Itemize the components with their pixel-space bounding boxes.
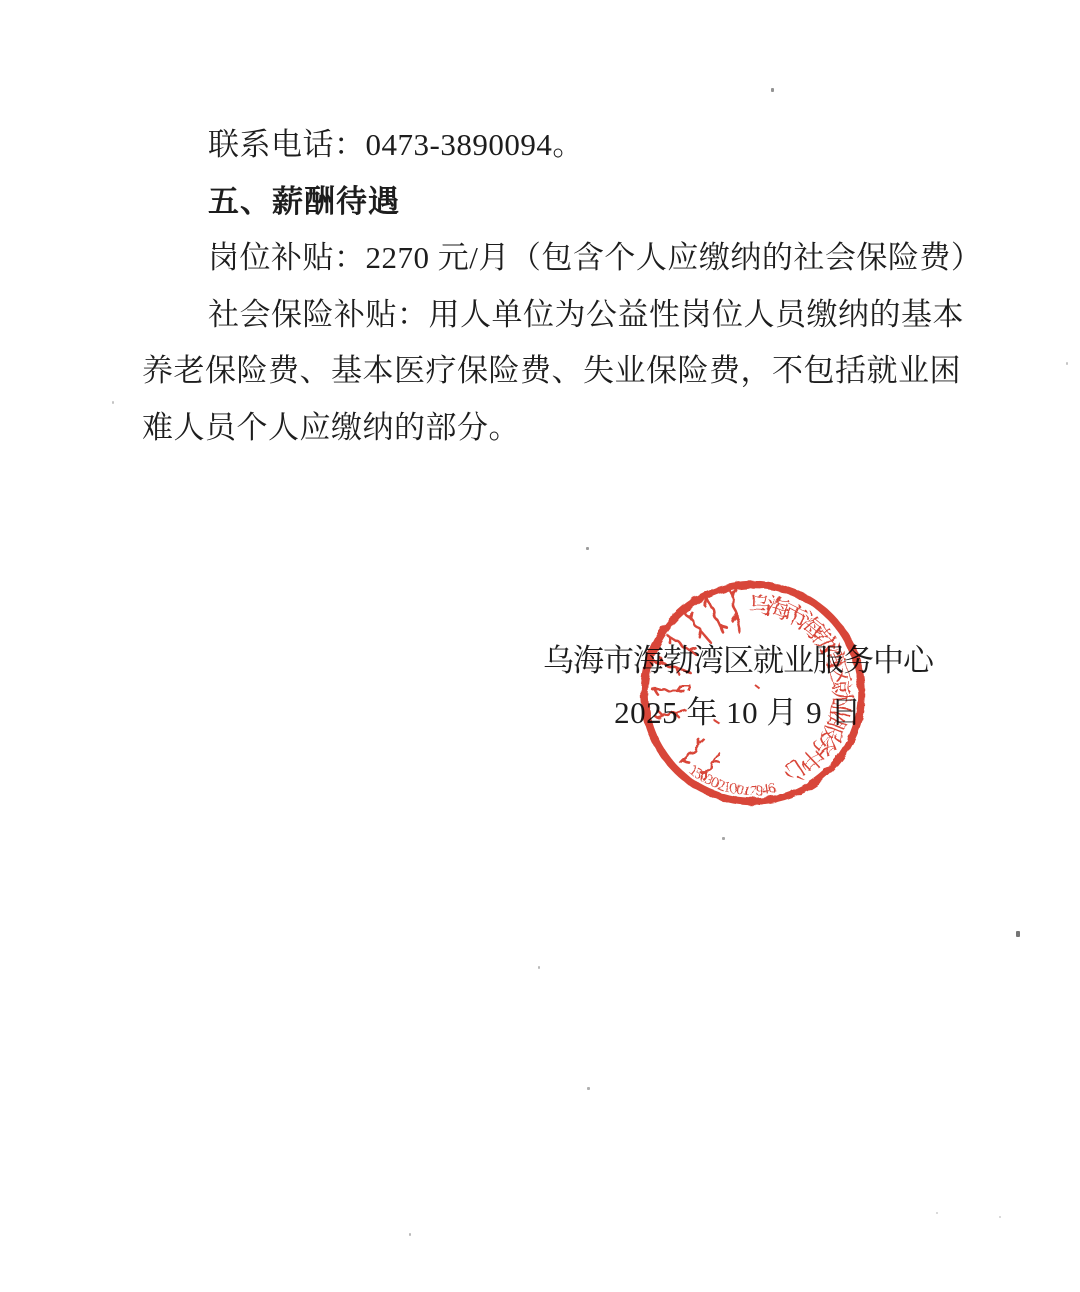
scan-speck [112,401,114,404]
scan-speck [538,966,540,969]
social-insurance-line-3: 难人员个人应缴纳的部分。 [142,400,1042,457]
seal-mongolian-script [652,584,745,781]
social-insurance-line-2: 养老保险费、基本医疗保险费、失业保险费，不包括就业困 [142,343,1042,400]
scan-speck [586,547,589,550]
contact-phone-line: 联系电话：0473-3890094。 [142,117,1042,174]
seal-ink-fragments [681,685,760,723]
document-body: 联系电话：0473-3890094。 五、薪酬待遇 岗位补贴：2270 元/月（… [142,117,1042,456]
seal-code: 15030210017946 [685,762,777,799]
scan-speck [1066,362,1068,365]
scan-speck [722,837,725,840]
section-heading-salary: 五、薪酬待遇 [142,174,1042,231]
official-seal: 乌海市海勃湾区就业服务中心 15030210017946 [621,561,885,825]
social-insurance-line-1: 社会保险补贴：用人单位为公益性岗位人员缴纳的基本 [142,287,1042,344]
scan-speck [409,1233,411,1236]
scan-speck [999,1216,1001,1218]
scan-speck [587,1087,590,1090]
post-subsidy-line: 岗位补贴：2270 元/月（包含个人应缴纳的社会保险费） [142,230,1042,287]
scan-speck [771,88,774,92]
scan-speck [1016,931,1020,937]
scanned-document-page: 联系电话：0473-3890094。 五、薪酬待遇 岗位补贴：2270 元/月（… [0,0,1080,1292]
scan-speck [936,1212,938,1214]
